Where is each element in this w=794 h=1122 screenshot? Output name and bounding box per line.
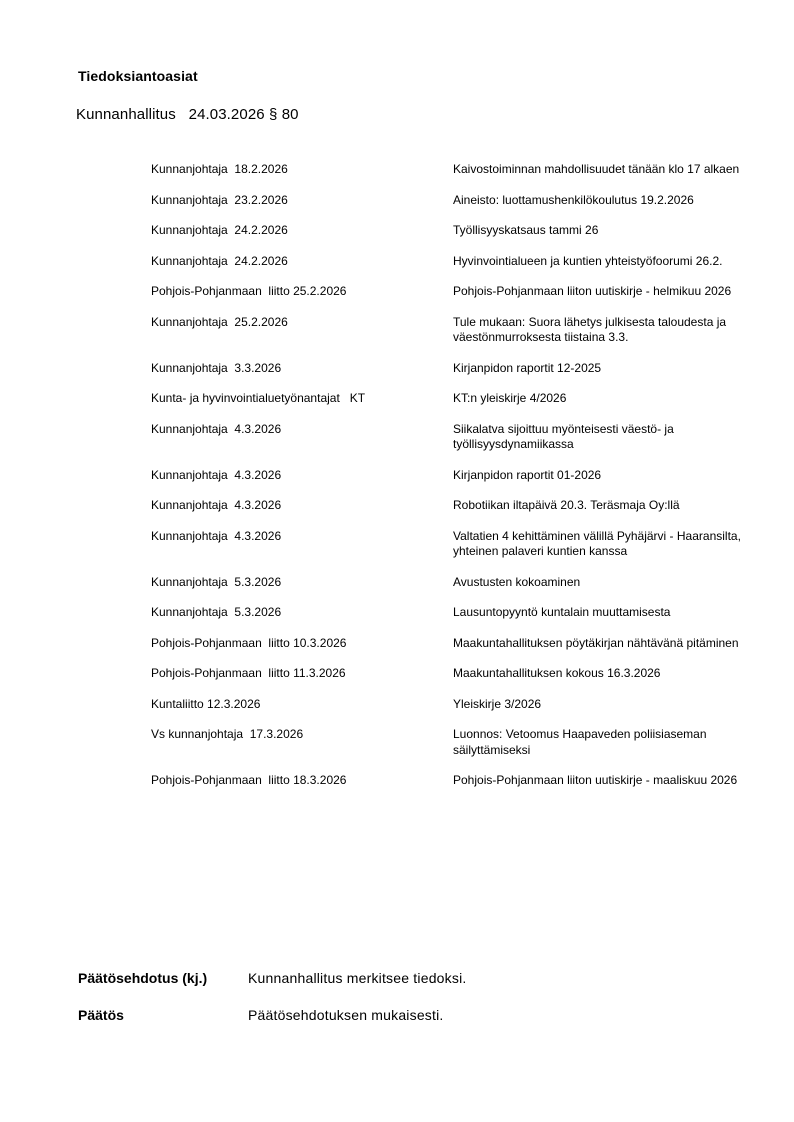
item-sender: Kunnanjohtaja 3.3.2026	[151, 361, 453, 377]
item-subject: Lausuntopyyntö kuntalain muuttamisesta	[453, 605, 741, 621]
item-subject: Aineisto: luottamushenkilökoulutus 19.2.…	[453, 193, 741, 209]
item-subject: Pohjois-Pohjanmaan liiton uutiskirje - h…	[453, 284, 741, 300]
item-subject: Siikalatva sijoittuu myönteisesti väestö…	[453, 422, 741, 453]
item-sender: Kunnanjohtaja 24.2.2026	[151, 223, 453, 239]
item-subject: Maakuntahallituksen kokous 16.3.2026	[453, 666, 741, 682]
list-item: Pohjois-Pohjanmaan liitto 25.2.2026Pohjo…	[151, 284, 741, 300]
decision-label: Päätös	[78, 1007, 248, 1023]
list-item: Kunnanjohtaja 4.3.2026Robotiikan iltapäi…	[151, 498, 741, 514]
list-item: Kuntaliitto 12.3.2026Yleiskirje 3/2026	[151, 697, 741, 713]
list-item: Kunnanjohtaja 5.3.2026Avustusten kokoami…	[151, 575, 741, 591]
list-item: Kunnanjohtaja 4.3.2026Kirjanpidon raport…	[151, 468, 741, 484]
list-item: Kunnanjohtaja 23.2.2026Aineisto: luottam…	[151, 193, 741, 209]
list-item: Kunnanjohtaja 4.3.2026Siikalatva sijoitt…	[151, 422, 741, 453]
item-subject: Valtatien 4 kehittäminen välillä Pyhäjär…	[453, 529, 741, 560]
decision-proposal: Päätösehdotus (kj.) Kunnanhallitus merki…	[78, 970, 466, 986]
item-sender: Kuntaliitto 12.3.2026	[151, 697, 453, 713]
list-item: Kunnanjohtaja 24.2.2026Työllisyyskatsaus…	[151, 223, 741, 239]
list-item: Kunnanjohtaja 25.2.2026Tule mukaan: Suor…	[151, 315, 741, 346]
item-subject: Yleiskirje 3/2026	[453, 697, 741, 713]
item-sender: Kunnanjohtaja 4.3.2026	[151, 468, 453, 484]
notice-list: Kunnanjohtaja 18.2.2026Kaivostoiminnan m…	[151, 162, 741, 804]
item-sender: Pohjois-Pohjanmaan liitto 18.3.2026	[151, 773, 453, 789]
item-subject: KT:n yleiskirje 4/2026	[453, 391, 741, 407]
item-subject: Avustusten kokoaminen	[453, 575, 741, 591]
list-item: Kunnanjohtaja 5.3.2026Lausuntopyyntö kun…	[151, 605, 741, 621]
item-subject: Kirjanpidon raportit 12-2025	[453, 361, 741, 377]
meeting-body: Kunnanhallitus	[76, 106, 176, 123]
item-sender: Kunnanjohtaja 18.2.2026	[151, 162, 453, 178]
list-item: Kunnanjohtaja 18.2.2026Kaivostoiminnan m…	[151, 162, 741, 178]
item-subject: Maakuntahallituksen pöytäkirjan nähtävän…	[453, 636, 741, 652]
list-item: Kunnanjohtaja 24.2.2026Hyvinvointialueen…	[151, 254, 741, 270]
item-sender: Kunnanjohtaja 5.3.2026	[151, 575, 453, 591]
list-item: Pohjois-Pohjanmaan liitto 11.3.2026Maaku…	[151, 666, 741, 682]
list-item: Pohjois-Pohjanmaan liitto 10.3.2026Maaku…	[151, 636, 741, 652]
proposal-label: Päätösehdotus (kj.)	[78, 970, 248, 986]
item-subject: Luonnos: Vetoomus Haapaveden poliisiasem…	[453, 727, 741, 758]
item-subject: Kirjanpidon raportit 01-2026	[453, 468, 741, 484]
item-subject: Tule mukaan: Suora lähetys julkisesta ta…	[453, 315, 741, 346]
page-heading: Tiedoksiantoasiat	[78, 68, 198, 84]
list-item: Pohjois-Pohjanmaan liitto 18.3.2026Pohjo…	[151, 773, 741, 789]
item-sender: Pohjois-Pohjanmaan liitto 25.2.2026	[151, 284, 453, 300]
proposal-text: Kunnanhallitus merkitsee tiedoksi.	[248, 970, 466, 986]
decision-text: Päätösehdotuksen mukaisesti.	[248, 1007, 444, 1023]
meeting-date: 24.03.2026	[189, 106, 265, 123]
item-subject: Työllisyyskatsaus tammi 26	[453, 223, 741, 239]
meeting-section: § 80	[269, 106, 299, 123]
item-sender: Kunnanjohtaja 4.3.2026	[151, 529, 453, 560]
item-sender: Kunnanjohtaja 4.3.2026	[151, 498, 453, 514]
item-sender: Pohjois-Pohjanmaan liitto 11.3.2026	[151, 666, 453, 682]
list-item: Kunnanjohtaja 4.3.2026Valtatien 4 kehitt…	[151, 529, 741, 560]
meeting-reference: Kunnanhallitus 24.03.2026 § 80	[76, 106, 299, 123]
item-subject: Robotiikan iltapäivä 20.3. Teräsmaja Oy:…	[453, 498, 741, 514]
item-sender: Kunta- ja hyvinvointialuetyönantajat KT	[151, 391, 453, 407]
list-item: Kunta- ja hyvinvointialuetyönantajat KTK…	[151, 391, 741, 407]
list-item: Kunnanjohtaja 3.3.2026Kirjanpidon raport…	[151, 361, 741, 377]
item-subject: Pohjois-Pohjanmaan liiton uutiskirje - m…	[453, 773, 741, 789]
decision: Päätös Päätösehdotuksen mukaisesti.	[78, 1007, 444, 1023]
item-sender: Kunnanjohtaja 24.2.2026	[151, 254, 453, 270]
item-sender: Vs kunnanjohtaja 17.3.2026	[151, 727, 453, 758]
item-subject: Kaivostoiminnan mahdollisuudet tänään kl…	[453, 162, 741, 178]
item-sender: Kunnanjohtaja 25.2.2026	[151, 315, 453, 346]
list-item: Vs kunnanjohtaja 17.3.2026Luonnos: Vetoo…	[151, 727, 741, 758]
item-sender: Kunnanjohtaja 23.2.2026	[151, 193, 453, 209]
item-sender: Kunnanjohtaja 4.3.2026	[151, 422, 453, 453]
item-subject: Hyvinvointialueen ja kuntien yhteistyöfo…	[453, 254, 741, 270]
item-sender: Kunnanjohtaja 5.3.2026	[151, 605, 453, 621]
item-sender: Pohjois-Pohjanmaan liitto 10.3.2026	[151, 636, 453, 652]
